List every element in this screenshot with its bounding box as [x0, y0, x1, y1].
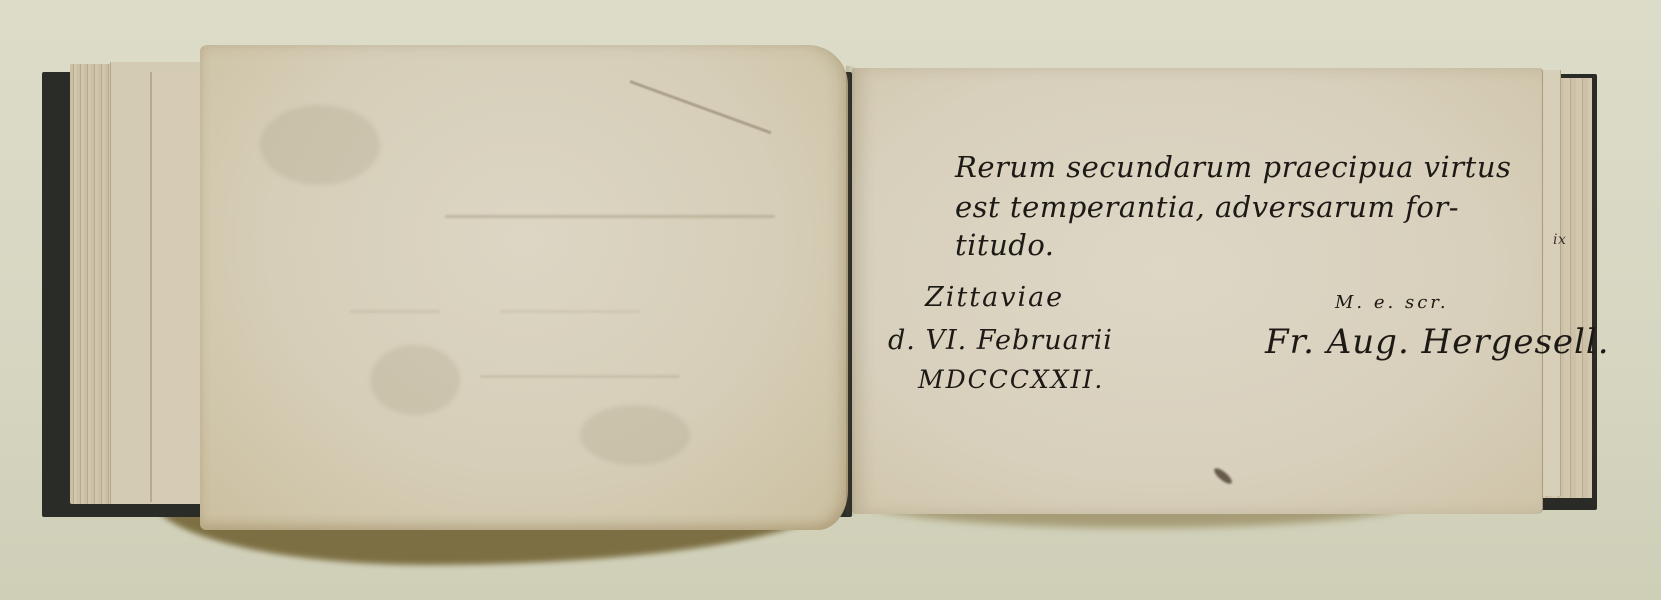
- album-photo: Rerum secundarum praecipua virtus est te…: [0, 0, 1661, 600]
- bleed-through-stroke: [445, 215, 775, 218]
- book-gutter: [846, 66, 856, 516]
- quote-line-1: Rerum secundarum praecipua virtus: [955, 150, 1511, 184]
- bleed-through-stroke: [350, 310, 440, 313]
- quote-line-2: est temperantia, adversarum for-: [955, 190, 1459, 224]
- bleed-through-stroke: [500, 310, 640, 313]
- signature-abbreviation: M. e. scr.: [1335, 292, 1449, 313]
- margin-note: ix: [1553, 232, 1566, 248]
- place-name: Zittaviae: [925, 282, 1064, 313]
- stain: [370, 345, 460, 415]
- bleed-through-stroke: [480, 375, 680, 378]
- quote-line-3: titudo.: [955, 228, 1055, 262]
- inscription-date: d. VI. Februarii: [888, 325, 1113, 356]
- signature-name: Fr. Aug. Hergesell.: [1265, 322, 1610, 362]
- stain: [260, 105, 380, 185]
- inscription-year: MDCCCXXII.: [918, 365, 1104, 394]
- left-page: [200, 45, 848, 530]
- stain: [580, 405, 690, 465]
